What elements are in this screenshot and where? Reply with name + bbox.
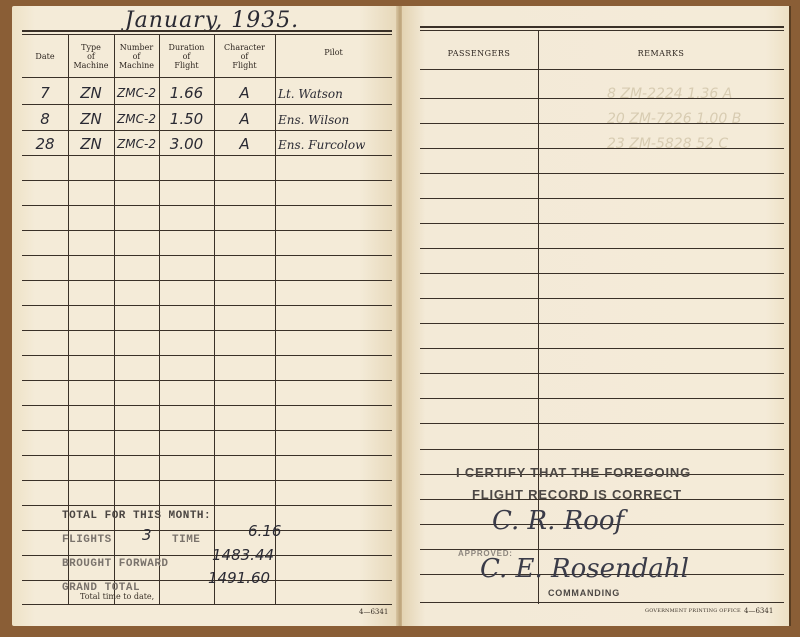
header-character-line2: of <box>214 52 275 61</box>
header-remarks: REMARKS <box>538 49 784 58</box>
cell-character: A <box>214 84 275 102</box>
certifier-signature: C. R. Roof <box>492 506 624 536</box>
col-divider <box>275 34 276 604</box>
row-line <box>420 123 784 124</box>
row-line <box>420 423 784 424</box>
cell-character: A <box>214 135 275 153</box>
row-line <box>22 305 392 306</box>
row-line <box>22 104 392 105</box>
header-date: Date <box>22 52 68 61</box>
cell-character: A <box>214 110 275 128</box>
form-number: 4—6341 <box>744 607 773 615</box>
row-line <box>22 255 392 256</box>
row-line <box>420 173 784 174</box>
cell-type: ZN <box>68 84 114 102</box>
cell-date: 28 <box>22 135 68 153</box>
row-line <box>420 223 784 224</box>
cell-pilot: Ens. Furcolow <box>278 138 388 152</box>
row-line <box>22 230 392 231</box>
row-line <box>420 348 784 349</box>
brought-forward-label: BROUGHT FORWARD <box>62 558 169 570</box>
top-rule <box>22 30 392 32</box>
cell-duration: 3.00 <box>159 135 214 153</box>
row-line <box>22 180 392 181</box>
right-page: 8 ZM-2224 1.36 A 20 ZM-7226 1.00 B 23 ZM… <box>402 6 791 626</box>
row-line <box>22 430 392 431</box>
bleed-through-text: 20 ZM-7226 1.00 B <box>607 111 741 127</box>
brought-forward-value: 1483.44 <box>212 546 274 564</box>
top-rule-2 <box>420 30 784 31</box>
cell-pilot: Lt. Watson <box>278 87 388 101</box>
row-line <box>22 530 392 531</box>
row-line <box>22 380 392 381</box>
row-line <box>22 555 392 556</box>
commanding-label: COMMANDING <box>548 588 620 598</box>
header-character: Character of Flight <box>214 43 275 70</box>
certify-line1: I CERTIFY THAT THE FOREGOING <box>456 465 691 480</box>
cell-duration: 1.66 <box>159 84 214 102</box>
cell-type: ZN <box>68 135 114 153</box>
cell-number: ZMC-2 <box>114 137 159 151</box>
header-pilot: Pilot <box>275 48 392 57</box>
header-duration-line3: Flight <box>159 61 214 70</box>
row-line <box>22 505 392 506</box>
header-rule <box>420 69 784 70</box>
form-number: 4—6341 <box>359 608 388 616</box>
total-for-month-label: TOTAL FOR THIS MONTH: <box>62 510 211 522</box>
header-number-line3: Machine <box>114 61 159 70</box>
row-line <box>420 373 784 374</box>
time-value: 6.16 <box>248 522 281 540</box>
row-line <box>420 323 784 324</box>
certify-line2: FLIGHT RECORD IS CORRECT <box>472 487 682 502</box>
row-line <box>22 604 392 605</box>
header-character-line3: Flight <box>214 61 275 70</box>
printer-credit: GOVERNMENT PRINTING OFFICE <box>645 608 741 614</box>
header-number-line2: of <box>114 52 159 61</box>
cell-pilot: Ens. Wilson <box>278 113 388 127</box>
row-line <box>22 355 392 356</box>
total-time-to-date-label: Total time to date, <box>80 592 154 601</box>
header-type: Type of Machine <box>68 43 114 70</box>
cell-type: ZN <box>68 110 114 128</box>
cell-date: 7 <box>22 84 68 102</box>
header-number: Number of Machine <box>114 43 159 70</box>
header-type-line3: Machine <box>68 61 114 70</box>
header-type-line2: of <box>68 52 114 61</box>
bleed-through-text: 8 ZM-2224 1.36 A <box>607 86 732 102</box>
row-line <box>22 155 392 156</box>
header-number-line1: Number <box>114 43 159 52</box>
row-line <box>22 455 392 456</box>
header-passengers: PASSENGERS <box>420 49 538 58</box>
row-line <box>22 580 392 581</box>
row-line <box>420 602 784 603</box>
header-duration-line2: of <box>159 52 214 61</box>
row-line <box>22 480 392 481</box>
header-character-line1: Character <box>214 43 275 52</box>
header-type-line1: Type <box>68 43 114 52</box>
row-line <box>420 98 784 99</box>
row-line <box>420 298 784 299</box>
row-line <box>22 405 392 406</box>
row-line <box>22 205 392 206</box>
top-rule <box>420 26 784 28</box>
cell-date: 8 <box>22 110 68 128</box>
flights-label: FLIGHTS <box>62 534 112 546</box>
flights-value: 3 <box>142 526 152 544</box>
bleed-through-text: 23 ZM-5828 52 C <box>607 136 728 152</box>
row-line <box>22 330 392 331</box>
row-line <box>420 198 784 199</box>
header-rule <box>22 77 392 78</box>
approver-signature: C. E. Rosendahl <box>480 554 689 584</box>
row-line <box>420 273 784 274</box>
header-duration: Duration of Flight <box>159 43 214 70</box>
row-line <box>22 130 392 131</box>
grand-total-value: 1491.60 <box>208 569 270 587</box>
logbook-spread: January, 1935. Date Type of Machine Numb… <box>0 0 800 637</box>
cell-number: ZMC-2 <box>114 112 159 126</box>
row-line <box>420 449 784 450</box>
row-line <box>420 398 784 399</box>
cell-number: ZMC-2 <box>114 86 159 100</box>
row-line <box>420 248 784 249</box>
row-line <box>420 148 784 149</box>
header-duration-line1: Duration <box>159 43 214 52</box>
time-label: TIME <box>172 534 200 546</box>
cell-duration: 1.50 <box>159 110 214 128</box>
left-page: January, 1935. Date Type of Machine Numb… <box>12 6 398 626</box>
row-line <box>22 280 392 281</box>
top-rule-2 <box>22 34 392 35</box>
